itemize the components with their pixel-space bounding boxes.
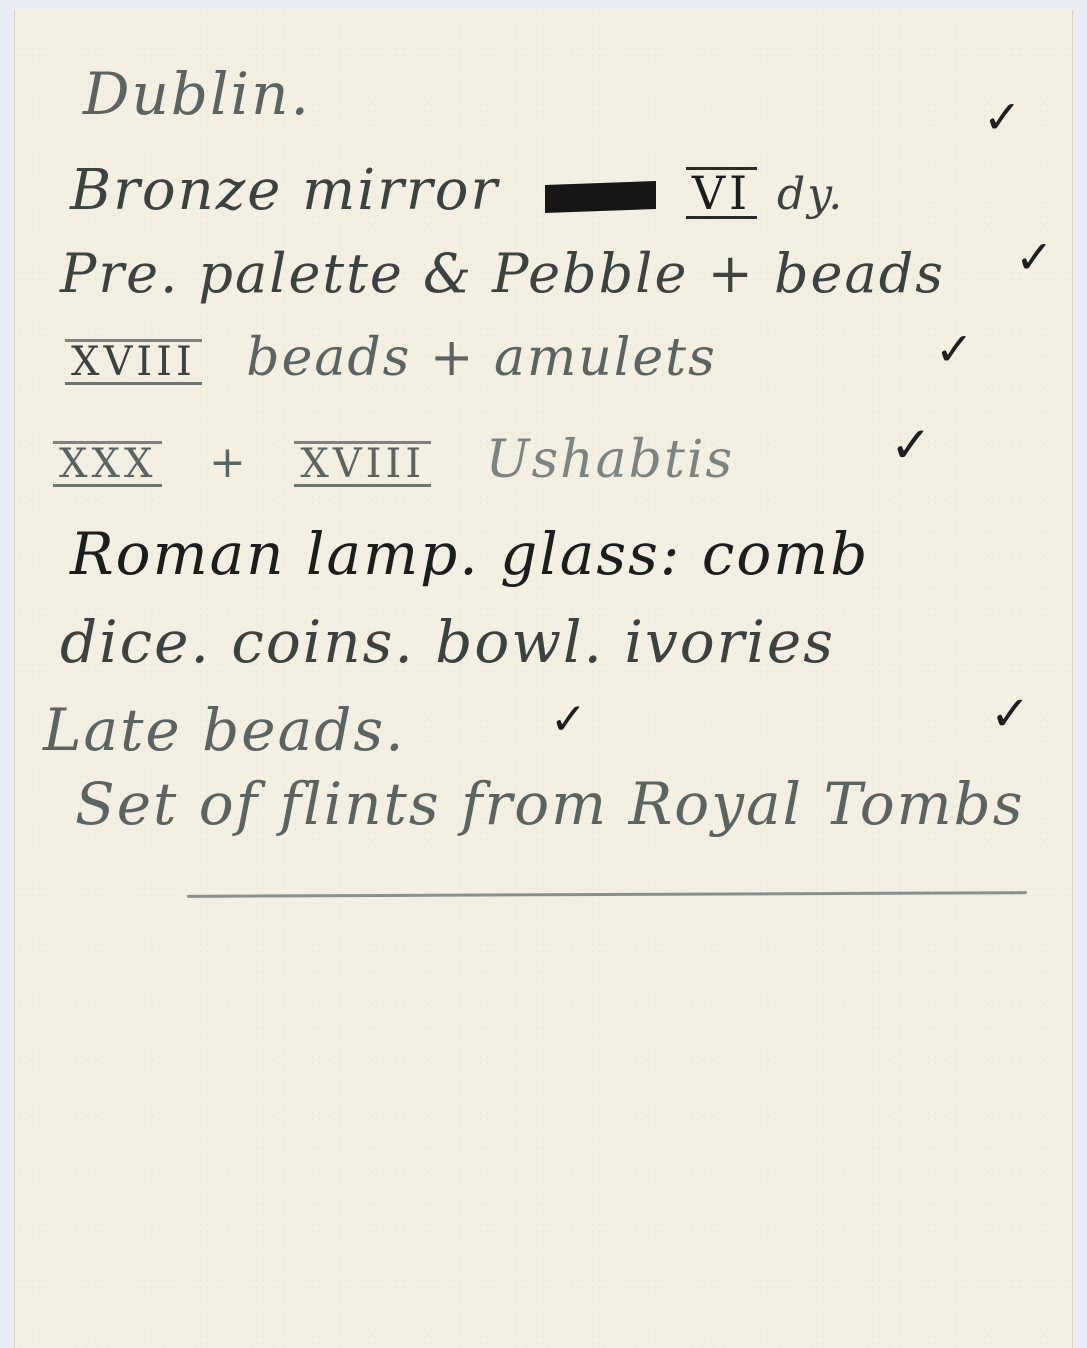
item-late-beads: Late beads. [43,696,406,764]
item-ushabtis: XXX + XVIII Ushabtis [53,430,734,490]
item-bronze-mirror: Bronze mirror VI dy. [70,158,844,223]
check-mark-icon: ✓ [550,694,587,745]
check-mark-icon: ✓ [1015,230,1054,284]
check-mark-icon: ✓ [990,686,1030,742]
check-mark-icon: ✓ [935,322,974,376]
connector-plus: + [209,437,248,488]
struck-out-word [549,173,652,219]
closing-rule [187,891,1027,898]
roman-numeral: XVIII [65,339,202,385]
item-text: beads + amulets [246,328,716,388]
check-mark-icon: ✓ [983,90,1022,144]
item-xviii-beads: XVIII beads + amulets [65,328,717,388]
check-mark-icon: ✓ [890,416,932,474]
item-suffix: dy. [777,169,844,220]
item-text: Ushabtis [486,430,735,490]
item-dice: dice. coins. bowl. ivories [60,608,835,676]
roman-numeral: XXX [53,441,162,487]
item-roman-lamp: Roman lamp. glass: comb [70,520,869,588]
roman-numeral: VI [686,167,757,219]
roman-numeral: XVIII [294,441,431,487]
item-pre-palette: Pre. palette & Pebble + beads [60,242,945,305]
item-flints: Set of flints from Royal Tombs [75,770,1025,838]
card-heading: Dublin. [83,60,311,128]
item-text: Bronze mirror [70,158,499,223]
handwritten-card: Dublin. Bronze mirror VI dy. ✓ Pre. pale… [15,10,1072,1348]
